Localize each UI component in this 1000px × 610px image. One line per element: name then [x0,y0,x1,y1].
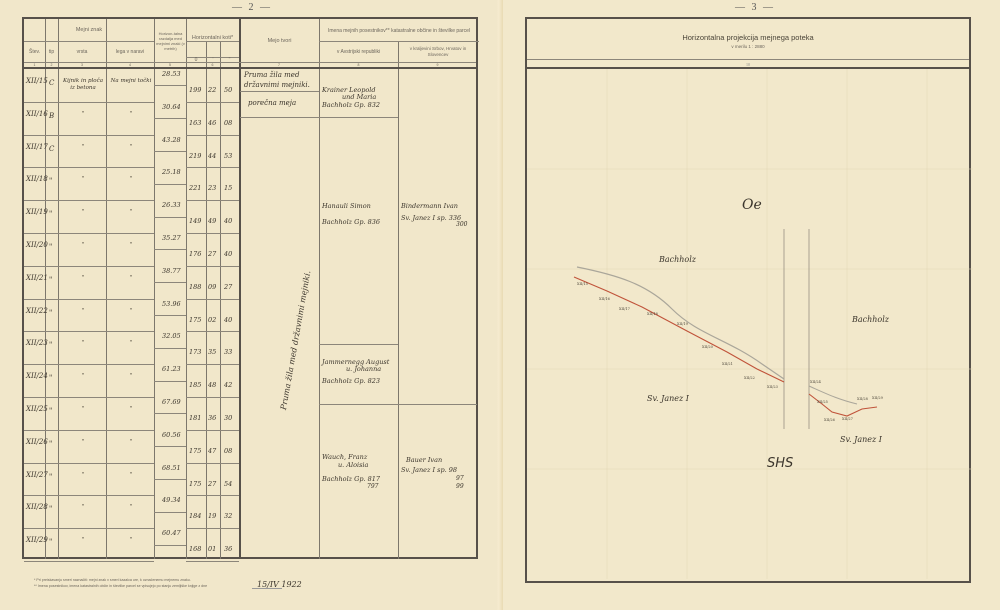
col-num: 8 [319,62,398,67]
angle-seconds: 27 [224,283,232,291]
footnote-2: ** Imena posestnikov, imena katastralnih… [34,584,207,588]
date-underline [252,588,282,589]
angle-degrees: 184 [189,512,201,520]
left-page: — 2 — Mejni znak Štev. tip vrsta lega v … [0,0,497,610]
owner-shs-2-parcel: Sv. Janez I sp. 98 [401,466,457,474]
angle-seconds: 36 [224,545,232,553]
mark-position: Na mejni točki [109,78,153,85]
mark-kind: " [61,209,105,216]
angle-minutes: 27 [208,480,216,488]
angle-minutes: 27 [208,250,216,258]
boundary-map: XII/15XII/16 XII/17XII/18 XII/19XII/20 X… [527,19,973,585]
mark-number: XII/15 [26,77,48,85]
mark-position: " [109,340,153,347]
right-page: — 3 — Horizontalna projekcija mejnega po… [503,0,1000,610]
distance-value: 30.64 [162,103,181,111]
svg-text:XII/26: XII/26 [824,418,835,422]
header-avstrija: v Avstrijski republiki [319,41,398,62]
owner-at-2-parcel: Bachholz Gp. 836 [322,218,380,226]
header-lega: lega v naravi [106,41,154,62]
owner-at-4-parcel: Bachholz Gp. 817 [322,475,380,483]
mark-type: " [49,243,52,251]
angle-degrees: 175 [189,447,201,455]
header-razdalja: Horizon-talna razdalja med mejnimi znaki… [155,19,186,62]
svg-text:XII/17: XII/17 [619,307,630,311]
page-number: — 2 — [232,2,272,13]
meja-tvori-second: porečna meja [248,99,296,107]
distance-value: 28.53 [162,70,181,78]
mark-number: XII/16 [26,110,48,118]
header-koti: Horizontalni koti* [186,23,239,53]
owner-at-1-parcel: Bachholz Gp. 832 [322,101,380,109]
angle-seconds: 33 [224,348,232,356]
owner-at-4-name2: u. Aloisia [338,461,368,469]
angle-degrees: 221 [189,184,201,192]
mark-type: C [49,145,54,153]
meja-tvori-top-line2: državnimi mejniki. [244,81,310,89]
angle-minutes: 49 [208,217,216,225]
mark-kind: " [61,373,105,380]
mark-number: XII/26 [26,438,48,446]
svg-text:XII/23: XII/23 [767,385,778,389]
mark-type: " [49,276,52,284]
owner-shs-2-parcel3: 99 [456,483,464,490]
mark-type: " [49,341,52,349]
mark-position: " [109,504,153,511]
mark-number: XII/21 [26,274,48,282]
mark-kind: " [61,176,105,183]
boundary-map-frame: Horizontalna projekcija mejnega poteka v… [525,17,971,583]
angle-seconds: 08 [224,119,232,127]
angle-degrees: 173 [189,348,201,356]
mark-number: XII/28 [26,503,48,511]
angle-degrees: 175 [189,316,201,324]
svg-text:XII/18: XII/18 [647,312,658,316]
angle-minutes: 48 [208,381,216,389]
mark-kind: " [61,340,105,347]
distance-value: 60.47 [162,529,181,537]
mark-number: XII/25 [26,405,48,413]
mark-position: " [109,308,153,315]
mark-position: " [109,373,153,380]
mark-type: " [49,538,52,546]
mark-position: " [109,439,153,446]
col-num: 4 [106,62,154,67]
angle-seconds: 40 [224,217,232,225]
angle-degrees: 176 [189,250,201,258]
mark-kind: " [61,275,105,282]
owner-at-4-name: Wauch, Franz [322,453,367,461]
mark-number: XII/29 [26,536,48,544]
mark-position: " [109,209,153,216]
page-number: — 3 — [735,2,775,13]
svg-text:XII/22: XII/22 [744,376,755,380]
col-num: 7 [239,62,319,67]
mark-kind: " [61,504,105,511]
svg-text:XII/27: XII/27 [842,417,853,421]
col-num: 2 [45,62,58,67]
boundary-marks-table: Mejni znak Štev. tip vrsta lega v naravi… [22,17,478,559]
mark-kind: " [61,242,105,249]
label-sv-janez-right: Sv. Janez I [840,435,882,444]
angle-degrees: 168 [189,545,201,553]
owner-shs-1-name: Bindermann Ivan [401,202,458,210]
owner-at-1-name2: und Maria [342,93,376,101]
angle-seconds: 30 [224,414,232,422]
label-oe: Oe [742,197,762,213]
angle-degrees: 219 [189,152,201,160]
owner-at-3-parcel: Bachholz Gp. 823 [322,377,380,385]
angle-minutes: 44 [208,152,216,160]
mark-kind: " [61,472,105,479]
angle-degrees: 181 [189,414,201,422]
angle-minutes: 01 [208,545,216,553]
mark-position: " [109,406,153,413]
angle-seconds: 50 [224,86,232,94]
label-bachholz-right: Bachholz [852,315,889,324]
mark-type: " [49,407,52,415]
angle-degrees: 175 [189,480,201,488]
angle-degrees: 149 [189,217,201,225]
svg-text:XII/28: XII/28 [857,397,868,401]
distance-value: 25.18 [162,168,181,176]
angle-degrees: 163 [189,119,201,127]
mark-kind: " [61,111,105,118]
mark-position: " [109,242,153,249]
mark-kind: " [61,144,105,151]
angle-seconds: 40 [224,250,232,258]
distance-value: 32.05 [162,332,181,340]
svg-text:XII/29: XII/29 [872,396,883,400]
distance-value: 53.96 [162,300,181,308]
angle-minutes: 19 [208,512,216,520]
distance-value: 43.28 [162,136,181,144]
mark-kind: " [61,537,105,544]
header-tip: tip [45,41,58,62]
mark-type: " [49,309,52,317]
mark-position: " [109,111,153,118]
angle-degrees: 199 [189,86,201,94]
angle-seconds: 08 [224,447,232,455]
distance-value: 26.33 [162,201,181,209]
meja-tvori-top-line1: Pruma žila med [244,71,299,79]
mark-type: B [49,112,54,120]
angle-minutes: 36 [208,414,216,422]
angle-minutes: 02 [208,316,216,324]
angle-minutes: 23 [208,184,216,192]
angle-degrees: 188 [189,283,201,291]
mark-type: " [49,505,52,513]
mark-number: XII/24 [26,372,48,380]
owner-shs-2-parcel2: 97 [456,475,464,482]
angle-minutes: 46 [208,119,216,127]
owner-at-3-name2: u. Johanna [346,365,381,373]
mark-number: XII/22 [26,307,48,315]
mark-type: " [49,177,52,185]
header-meja-tvori: Mejo tvori [240,19,319,62]
mark-position: " [109,275,153,282]
col-num: 5 [154,62,186,67]
distance-value: 68.51 [162,464,181,472]
owner-shs-2-name: Bauer Ivan [406,456,442,464]
svg-text:XII/20: XII/20 [702,345,713,349]
header-vrsta: vrsta [58,41,106,62]
svg-text:XII/25: XII/25 [817,400,828,404]
owner-shs-1-parcel: Sv. Janez I sp. 336 [401,214,461,222]
svg-text:XII/24: XII/24 [810,380,822,384]
mark-position: " [109,176,153,183]
angle-minutes: 35 [208,348,216,356]
svg-text:XII/15: XII/15 [577,282,588,286]
mark-type: " [49,473,52,481]
mark-number: XII/20 [26,241,48,249]
mark-position: " [109,472,153,479]
distance-value: 67.69 [162,398,181,406]
svg-text:XII/19: XII/19 [677,322,688,326]
angle-minutes: 47 [208,447,216,455]
col-num: 6 [186,62,239,67]
mark-kind: Kijnik in ploča iz betona [61,78,105,92]
mark-kind: " [61,406,105,413]
mark-number: XII/19 [26,208,48,216]
mark-type: " [49,374,52,382]
distance-value: 49.34 [162,496,181,504]
header-posestniki: Imena mejnih posestnikov** katastralne o… [324,21,474,41]
angle-seconds: 42 [224,381,232,389]
angle-minutes: 09 [208,283,216,291]
col-num: 1 [24,62,45,67]
mark-number: XII/27 [26,471,48,479]
distance-value: 35.27 [162,234,181,242]
svg-text:XII/21: XII/21 [722,362,733,366]
mark-kind: " [61,308,105,315]
mark-number: XII/18 [26,175,48,183]
footnote-1: * Pri preiskavanju smeri naznačiti: mejn… [34,578,191,582]
angle-seconds: 54 [224,480,232,488]
distance-value: 38.77 [162,267,181,275]
label-bachholz-left: Bachholz [659,255,696,264]
mark-type: " [49,210,52,218]
mark-number: XII/23 [26,339,48,347]
col-num: 9 [398,62,477,67]
distance-value: 60.56 [162,431,181,439]
header-stev: Štev. [24,41,45,62]
mark-position: " [109,144,153,151]
owner-at-2-name: Hanauli Simon [322,202,371,210]
angle-degrees: 185 [189,381,201,389]
mark-type: " [49,440,52,448]
angle-seconds: 53 [224,152,232,160]
owner-at-4-parcel2: 797 [367,483,378,490]
angle-seconds: 32 [224,512,232,520]
label-shs: SHS [767,456,793,471]
owner-shs-1-parcel2: 300 [456,221,467,228]
col-num: 3 [58,62,106,67]
angle-seconds: 40 [224,316,232,324]
mark-kind: " [61,439,105,446]
svg-text:XII/16: XII/16 [599,297,610,301]
label-sv-janez-left: Sv. Janez I [647,394,689,403]
header-mejni-znak: Mejni znak [24,19,154,41]
mark-type: C [49,79,54,87]
angle-minutes: 22 [208,86,216,94]
distance-value: 61.23 [162,365,181,373]
mark-position: " [109,537,153,544]
meja-tvori-vertical: Pruma žila med državnimi mejniki. [279,270,312,411]
mark-number: XII/17 [26,143,48,151]
header-shs: v kraljevini Srbov, Hrvatov in Slovencev [399,41,477,62]
angle-seconds: 15 [224,184,232,192]
